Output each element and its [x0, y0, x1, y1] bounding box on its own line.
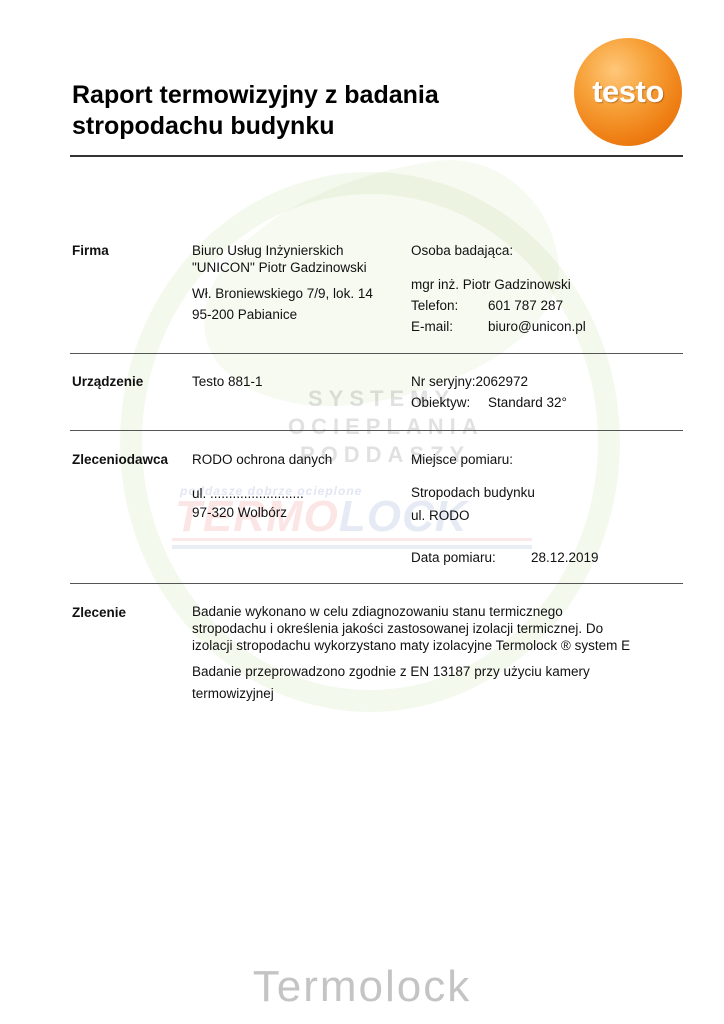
watermark-ocieplania: OCIEPLANIA — [288, 414, 484, 440]
place-label: Miejsce pomiaru: — [411, 451, 513, 469]
phone-value: 601 787 287 — [488, 297, 563, 315]
section-divider-1 — [70, 353, 683, 354]
section-divider-2 — [70, 430, 683, 431]
testo-logo: testo — [574, 38, 682, 146]
page-title: Raport termowizyjny z badania stropodach… — [72, 80, 439, 142]
section-divider-3 — [70, 583, 683, 584]
order-para1-line3: izolacji stropodachu wykorzystano maty i… — [192, 637, 630, 655]
lens-value: Standard 32° — [488, 394, 567, 412]
inspector-name: mgr inż. Piotr Gadzinowski — [411, 276, 571, 294]
order-para2-line2: termowizyjnej — [192, 685, 274, 703]
device-serial: Nr seryjny:2062972 — [411, 373, 528, 391]
device-name: Testo 881-1 — [192, 373, 263, 391]
client-city: 97-320 Wolbórz — [192, 504, 287, 522]
date-label: Data pomiaru: — [411, 549, 496, 567]
place-line1: Stropodach budynku — [411, 484, 535, 502]
title-line-2: stropodachu budynku — [72, 111, 439, 142]
company-address-line2: 95-200 Pabianice — [192, 306, 297, 324]
section-label-firma: Firma — [72, 243, 109, 258]
phone-label: Telefon: — [411, 297, 458, 315]
header-divider — [70, 155, 683, 157]
section-label-zleceniodawca: Zleceniodawca — [72, 452, 168, 467]
section-label-zlecenie: Zlecenie — [72, 605, 126, 620]
order-para2-line1: Badanie przeprowadzono zgodnie z EN 1318… — [192, 663, 590, 681]
lens-label: Obiektyw: — [411, 394, 470, 412]
order-para1-line1: Badanie wykonano w celu zdiagnozowaniu s… — [192, 603, 563, 621]
email-value: biuro@unicon.pl — [488, 318, 586, 336]
client-street: ul. ......................... — [192, 485, 304, 503]
inspector-label: Osoba badająca: — [411, 242, 513, 260]
date-value: 28.12.2019 — [531, 549, 599, 567]
footer-brand: Termolock — [0, 962, 724, 1012]
company-name-line1: Biuro Usług Inżynierskich — [192, 242, 344, 260]
title-line-1: Raport termowizyjny z badania — [72, 80, 439, 111]
place-line2: ul. RODO — [411, 507, 470, 525]
logo-text: testo — [592, 74, 664, 110]
order-para1-line2: stropodachu i określenia jakości zastoso… — [192, 620, 603, 638]
client-name: RODO ochrona danych — [192, 451, 332, 469]
company-address-line1: Wł. Broniewskiego 7/9, lok. 14 — [192, 285, 373, 303]
section-label-urzadzenie: Urządzenie — [72, 374, 143, 389]
email-label: E-mail: — [411, 318, 453, 336]
company-name-line2: "UNICON" Piotr Gadzinowski — [192, 259, 367, 277]
